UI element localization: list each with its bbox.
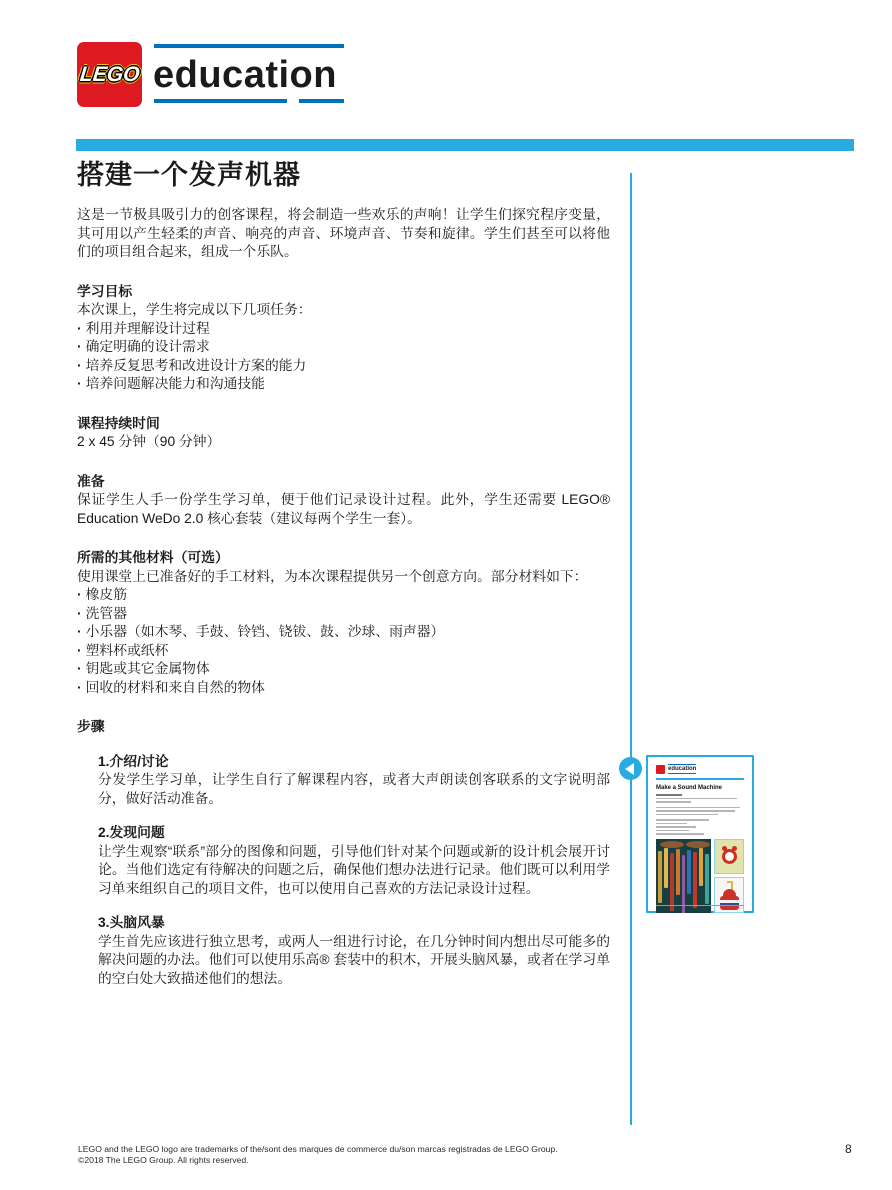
lego-logo-text: LEGO bbox=[78, 63, 140, 87]
materials-list: 橡皮筋 洗管器 小乐器（如木琴、手鼓、铃铛、铙钹、鼓、沙球、雨声器） 塑料杯或纸… bbox=[77, 586, 610, 697]
thumbnail-text-line bbox=[656, 823, 687, 825]
thumbnail-divider bbox=[656, 778, 744, 780]
thumbnail-text-line bbox=[656, 814, 718, 816]
chime-bar bbox=[693, 852, 697, 908]
list-item: 确定明确的设计需求 bbox=[77, 338, 610, 357]
intro-paragraph: 这是一节极具吸引力的创客课程，将会制造一些欢乐的声响！让学生们探究程序变量，其可… bbox=[77, 206, 610, 262]
box-body bbox=[720, 896, 739, 910]
list-item: 塑料杯或纸杯 bbox=[77, 642, 610, 661]
thumbnail-text-line bbox=[656, 794, 682, 796]
list-item: 钥匙或其它金属物体 bbox=[77, 660, 610, 679]
section-materials: 所需的其他材料（可选） 使用课堂上已准备好的手工材料，为本次课程提供另一个创意方… bbox=[77, 549, 610, 697]
thumbnail-text-line bbox=[656, 807, 740, 809]
chime-bar bbox=[676, 849, 680, 895]
list-item: 回收的材料和来自自然的物体 bbox=[77, 679, 610, 698]
section-heading: 所需的其他材料（可选） bbox=[77, 549, 610, 568]
main-content: 搭建一个发声机器 这是一节极具吸引力的创客课程，将会制造一些欢乐的声响！让学生们… bbox=[77, 158, 610, 988]
step-title: 2.发现问题 bbox=[98, 824, 610, 843]
wordmark-rule-bottom-right bbox=[299, 99, 344, 103]
step-title: 1.介绍/讨论 bbox=[98, 753, 610, 772]
section-heading: 课程持续时间 bbox=[77, 415, 610, 434]
section-body: 2 x 45 分钟（90 分钟） bbox=[77, 433, 610, 452]
thumbnail-text-block bbox=[656, 794, 744, 835]
steps-list: 1.介绍/讨论 分发学生学习单，让学生自行了解课程内容，或者大声朗读创客联系的文… bbox=[98, 753, 610, 989]
objectives-list: 利用并理解设计过程 确定明确的设计需求 培养反复思考和改进设计方案的能力 培养问… bbox=[77, 320, 610, 394]
step-title: 3.头脑风暴 bbox=[98, 914, 610, 933]
crank bbox=[727, 881, 733, 883]
thumbnail-text-line bbox=[656, 801, 691, 803]
alarm-clock-photo bbox=[714, 839, 744, 874]
section-objectives: 学习目标 本次课上，学生将完成以下几项任务： 利用并理解设计过程 确定明确的设计… bbox=[77, 283, 610, 394]
step-3: 3.头脑风暴 学生首先应该进行独立思考，或两人一组进行讨论，在几分钟时间内想出尽… bbox=[98, 914, 610, 988]
thumbnail-text-line bbox=[656, 810, 735, 812]
wordmark-rule-top bbox=[154, 44, 344, 48]
section-heading: 准备 bbox=[77, 473, 610, 492]
thumbnail-text-line bbox=[656, 798, 737, 800]
thumbnail-text-line bbox=[656, 833, 704, 835]
footer-trademark-line: LEGO and the LEGO logo are trademarks of… bbox=[78, 1144, 558, 1155]
section-heading: 步骤 bbox=[77, 718, 610, 737]
chime-bar bbox=[670, 853, 674, 911]
page-number: 8 bbox=[845, 1142, 852, 1156]
thumbnail-photos bbox=[656, 839, 744, 913]
right-rail-line bbox=[630, 173, 632, 1125]
section-lead: 使用课堂上已准备好的手工材料，为本次课程提供另一个创意方向。部分材料如下： bbox=[77, 568, 610, 587]
clock-face bbox=[725, 852, 734, 861]
education-wordmark: education bbox=[153, 54, 337, 97]
page-title: 搭建一个发声机器 bbox=[77, 158, 610, 192]
document-page: LEGO education 搭建一个发声机器 这是一节极具吸引力的创客课程，将… bbox=[0, 0, 892, 1190]
list-item: 利用并理解设计过程 bbox=[77, 320, 610, 339]
header-divider-bar bbox=[76, 139, 854, 151]
windchime-disc bbox=[660, 841, 684, 848]
step-1: 1.介绍/讨论 分发学生学习单，让学生自行了解课程内容，或者大声朗读创客联系的文… bbox=[98, 753, 610, 809]
education-wordmark-mini: education bbox=[668, 764, 696, 774]
section-body: 保证学生人手一份学生学习单，便于他们记录设计过程。此外，学生还需要 LEGO® … bbox=[77, 491, 610, 528]
lego-logo: LEGO bbox=[77, 42, 142, 107]
lego-logo-mini bbox=[656, 765, 665, 774]
step-body: 学生首先应该进行独立思考，或两人一组进行讨论，在几分钟时间内想出尽可能多的解决问… bbox=[98, 933, 610, 989]
footer: LEGO and the LEGO logo are trademarks of… bbox=[78, 1144, 558, 1166]
chime-bar bbox=[687, 850, 691, 894]
thumbnail-text-line bbox=[656, 819, 709, 821]
section-preparation: 准备 保证学生人手一份学生学习单，便于他们记录设计过程。此外，学生还需要 LEG… bbox=[77, 473, 610, 529]
wordmark-rule-bottom-left bbox=[154, 99, 287, 103]
chime-bar bbox=[664, 848, 668, 888]
section-lead: 本次课上，学生将完成以下几项任务： bbox=[77, 301, 610, 320]
thumbnail-footer-line bbox=[656, 905, 744, 907]
chime-bar bbox=[699, 848, 703, 886]
list-item: 培养反复思考和改进设计方案的能力 bbox=[77, 357, 610, 376]
windchime-photo bbox=[656, 839, 711, 913]
list-item: 小乐器（如木琴、手鼓、铃铛、铙钹、鼓、沙球、雨声器） bbox=[77, 623, 610, 642]
footer-copyright-line: ©2018 The LEGO Group. All rights reserve… bbox=[78, 1155, 558, 1166]
list-item: 培养问题解决能力和沟通技能 bbox=[77, 375, 610, 394]
lego-music-box-photo bbox=[714, 877, 744, 913]
list-item: 橡皮筋 bbox=[77, 586, 610, 605]
box-dome bbox=[723, 889, 736, 896]
step-body: 让学生观察“联系”部分的图像和问题，引导他们针对某个问题或新的设计机会展开讨论。… bbox=[98, 843, 610, 899]
section-procedure: 步骤 1.介绍/讨论 分发学生学习单，让学生自行了解课程内容，或者大声朗读创客联… bbox=[77, 718, 610, 988]
thumbnail-header: education bbox=[656, 764, 744, 774]
section-duration: 课程持续时间 2 x 45 分钟（90 分钟） bbox=[77, 415, 610, 452]
left-triangle-icon bbox=[625, 763, 634, 775]
thumbnail-text-line bbox=[656, 830, 689, 832]
prev-arrow-icon[interactable] bbox=[619, 757, 642, 780]
thumbnail-text-line bbox=[656, 826, 696, 828]
chime-bar bbox=[658, 851, 662, 903]
step-body: 分发学生学习单，让学生自行了解课程内容，或者大声朗读创客联系的文字说明部分，做好… bbox=[98, 771, 610, 808]
list-item: 洗管器 bbox=[77, 605, 610, 624]
step-2: 2.发现问题 让学生观察“联系”部分的图像和问题，引导他们针对某个问题或新的设计… bbox=[98, 824, 610, 898]
chime-bar bbox=[705, 854, 709, 904]
thumbnail-side-photos bbox=[714, 839, 744, 913]
windchime-disc bbox=[686, 841, 710, 848]
worksheet-thumbnail[interactable]: education Make a Sound Machine bbox=[646, 755, 754, 913]
section-heading: 学习目标 bbox=[77, 283, 610, 302]
thumbnail-title: Make a Sound Machine bbox=[656, 785, 744, 792]
